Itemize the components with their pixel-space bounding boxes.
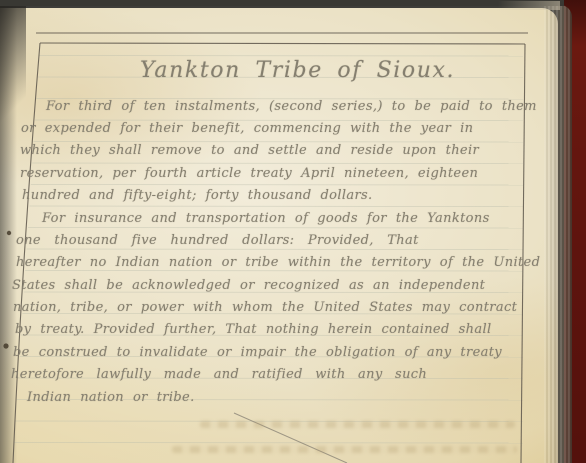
manuscript-text: Yankton Tribe of Sioux. For third of ten… <box>0 0 586 463</box>
manuscript-line: by treaty. Provided further, That nothin… <box>15 322 492 337</box>
manuscript-line: one thousand five hundred dollars: Provi… <box>16 233 419 248</box>
manuscript-line: States shall be acknowledged or recogniz… <box>12 278 485 293</box>
manuscript-line: nation, tribe, or power with whom the Un… <box>13 300 517 315</box>
manuscript-line: Indian nation or tribe. <box>27 390 195 405</box>
manuscript-line: For third of ten instalments, (second se… <box>46 99 537 114</box>
manuscript-line: or expended for their benefit, commencin… <box>21 121 473 136</box>
manuscript-line: heretofore lawfully made and ratified wi… <box>11 367 427 382</box>
manuscript-line: hereafter no Indian nation or tribe with… <box>16 255 540 270</box>
book-scan: Yankton Tribe of Sioux. For third of ten… <box>0 0 586 463</box>
manuscript-line: which they shall remove to and settle an… <box>20 143 479 158</box>
manuscript-line: hundred and fifty-eight; forty thousand … <box>22 188 373 203</box>
manuscript-line: be construed to invalidate or impair the… <box>13 345 502 360</box>
manuscript-line: For insurance and transportation of good… <box>42 211 490 226</box>
bleed-through-text <box>200 421 515 428</box>
manuscript-line: reservation, per fourth article treaty A… <box>20 166 478 181</box>
manuscript-title: Yankton Tribe of Sioux. <box>140 58 455 83</box>
bleed-through-text <box>172 446 517 453</box>
